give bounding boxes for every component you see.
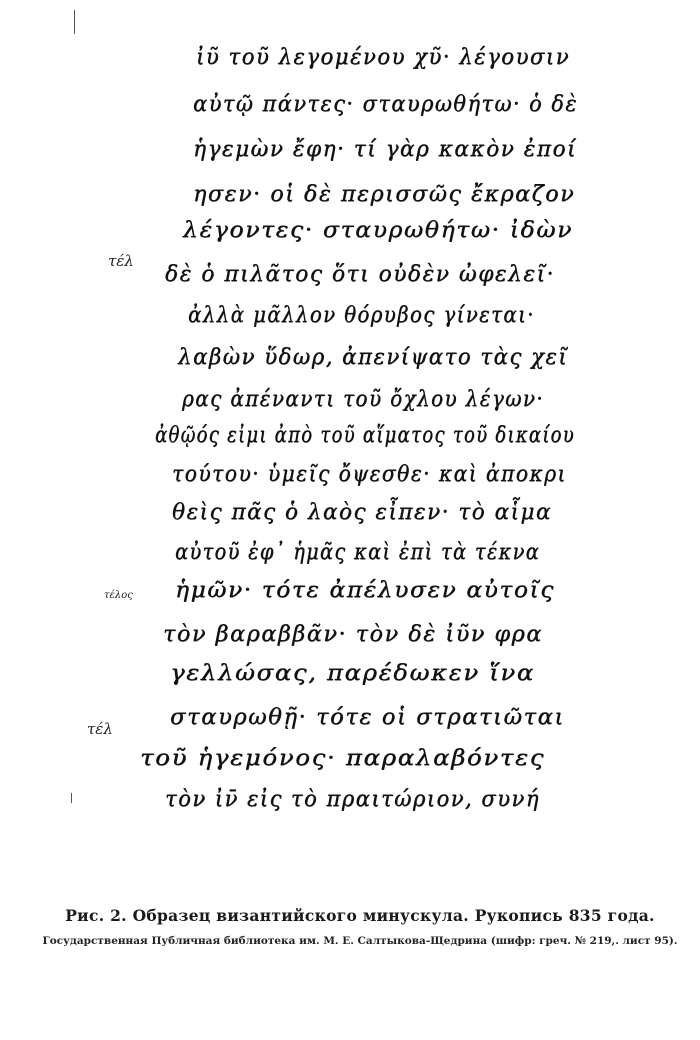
manuscript-line: τοῦ ἡγεμόνος· παραλαβόντες: [140, 746, 545, 771]
manuscript-sample: ἰῦ τοῦ λεγομένου χῦ· λέγουσιναὐτῷ πάντες…: [0, 0, 700, 880]
manuscript-line: λέγοντες· σταυρωθήτω· ἰδὼν: [183, 218, 573, 243]
manuscript-line: σταυρωθῇ· τότε οἱ στρατιῶται: [170, 705, 565, 730]
figure-caption-title: Рис. 2. Образец византийского минускула.…: [10, 906, 700, 925]
manuscript-line: τούτου· ὑμεῖς ὄψεσθε· καὶ ἀποκρι: [172, 462, 567, 487]
manuscript-line: γελλώσας, παρέδωκεν ἵνα: [170, 661, 535, 686]
manuscript-line: αὐτῷ πάντες· σταυρωθήτω· ὁ δὲ: [193, 92, 578, 117]
margin-note: τέλ: [108, 252, 134, 270]
manuscript-line: τὸν ἰν̄ εἰς τὸ πραιτώριον, συνή: [165, 787, 540, 812]
manuscript-line: αὐτοῦ ἐφ᾽ ἡμᾶς καὶ ἐπὶ τὰ τέκνα: [175, 540, 540, 565]
manuscript-line: ἀθῷός εἰμι ἀπὸ τοῦ αἵματος τοῦ δικαίου: [155, 423, 575, 448]
manuscript-line: ρας ἀπέναντι τοῦ ὄχλου λέγων·: [182, 387, 544, 412]
manuscript-line: λαβὼν ὕδωρ, ἀπενίψατο τὰς χεῖ: [178, 345, 568, 370]
manuscript-line: ἡγεμὼν ἔφη· τί γὰρ κακὸν ἐποί: [193, 137, 577, 162]
scanned-page: ἰῦ τοῦ λεγομένου χῦ· λέγουσιναὐτῷ πάντες…: [0, 0, 700, 1040]
manuscript-line: ἀλλὰ μᾶλλον θόρυβος γίνεται·: [188, 303, 535, 328]
margin-note: τέλ: [87, 720, 113, 738]
manuscript-line: ησεν· οἱ δὲ περισσῶς ἔκραζον: [193, 182, 575, 207]
manuscript-line: θεὶς πᾶς ὁ λαὸς εἶπεν· τὸ αἷμα: [172, 500, 552, 525]
figure-caption-source: Государственная Публичная библиотека им.…: [40, 934, 680, 949]
manuscript-line: ἰῦ τοῦ λεγομένου χῦ· λέγουσιν: [196, 45, 570, 70]
manuscript-line: ἡμῶν· τότε ἀπέλυσεν αὐτοῖς: [175, 578, 555, 603]
manuscript-line: τὸν βαραββᾶν· τὸν δὲ ἰῦν φρα: [163, 622, 543, 647]
margin-note: τέλος: [104, 590, 133, 601]
manuscript-line: δὲ ὁ πιλᾶτος ὅτι οὐδὲν ὠφελεῖ·: [165, 262, 555, 287]
